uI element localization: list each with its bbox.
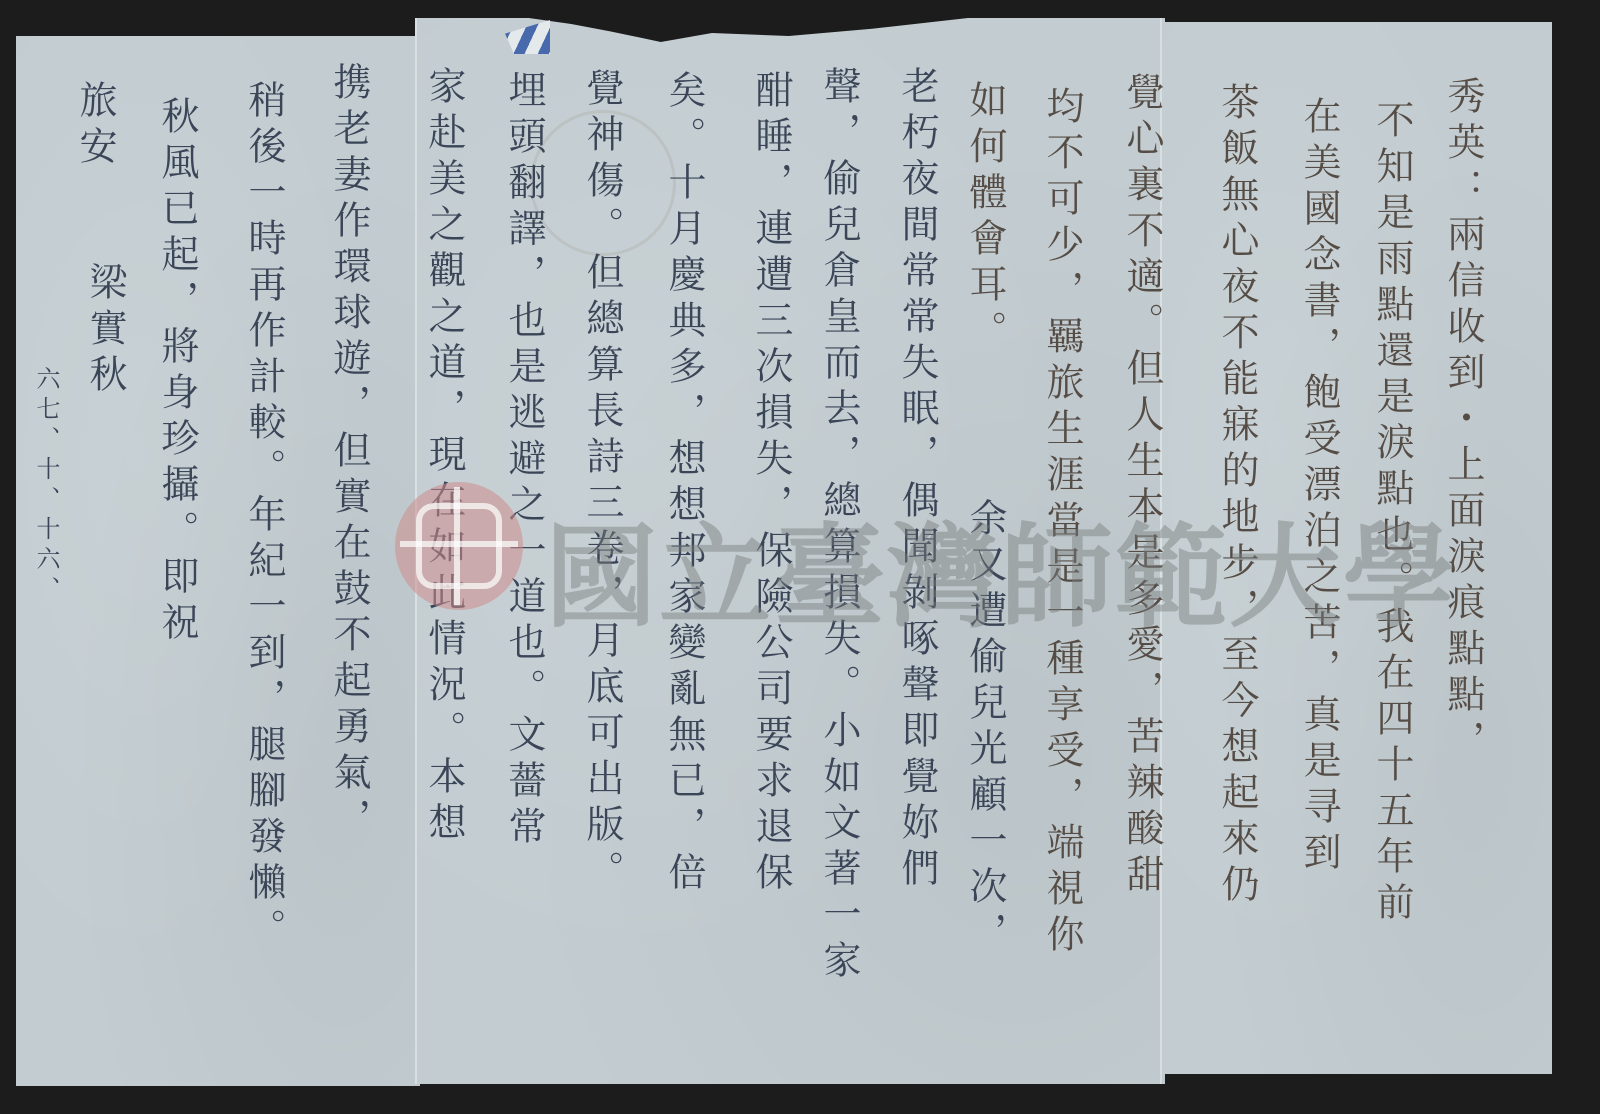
letter-column: 在美國念書，飽受漂泊之苦，真是寻到 bbox=[1300, 96, 1338, 878]
torn-edge-bottom bbox=[420, 1084, 1160, 1114]
letter-column: 埋頭翻譯，也是逃避之一道也。文薔常 bbox=[505, 70, 543, 852]
letter-column: 酣睡，連遭三次損失，保險公司要求退保 bbox=[752, 70, 790, 898]
letter-column: 秀英：兩信收到・上面淚痕點點， bbox=[1444, 76, 1482, 766]
letter-column: 旅安 bbox=[76, 80, 114, 172]
letter-column: 稍後一時再作計較。年紀一到，腿腳發懶。 bbox=[245, 80, 283, 954]
watermark-text: 國立臺灣師範大學 bbox=[545, 488, 1457, 649]
letter-date: 六七、十、十六、 bbox=[34, 366, 58, 606]
letter-column: 携老妻作環球遊，但實在鼓不起勇氣， bbox=[330, 62, 368, 844]
letter-column: 秋風已起，將身珍攝。即祝 bbox=[158, 96, 196, 648]
letter-column: 覺神傷。但總算長詩三卷，月底可出版。 bbox=[583, 68, 621, 896]
letter-column: 如何體會耳。 bbox=[966, 80, 1004, 356]
letter-column: 家赴美之觀之道，現在如此情況。本想 bbox=[425, 66, 463, 848]
letter-column: 矣。十月慶典多，想想邦家變亂無已，倍 bbox=[665, 70, 703, 898]
university-seal-icon bbox=[395, 482, 523, 610]
letter-column: 老朽夜間常常失眠，偶聞剝啄聲即覺妳們 bbox=[898, 66, 936, 894]
letter-column: 覺心裏不適。但人生本是多愛，苦辣酸甜 bbox=[1123, 72, 1161, 900]
signature: 梁實秋 bbox=[86, 262, 124, 400]
